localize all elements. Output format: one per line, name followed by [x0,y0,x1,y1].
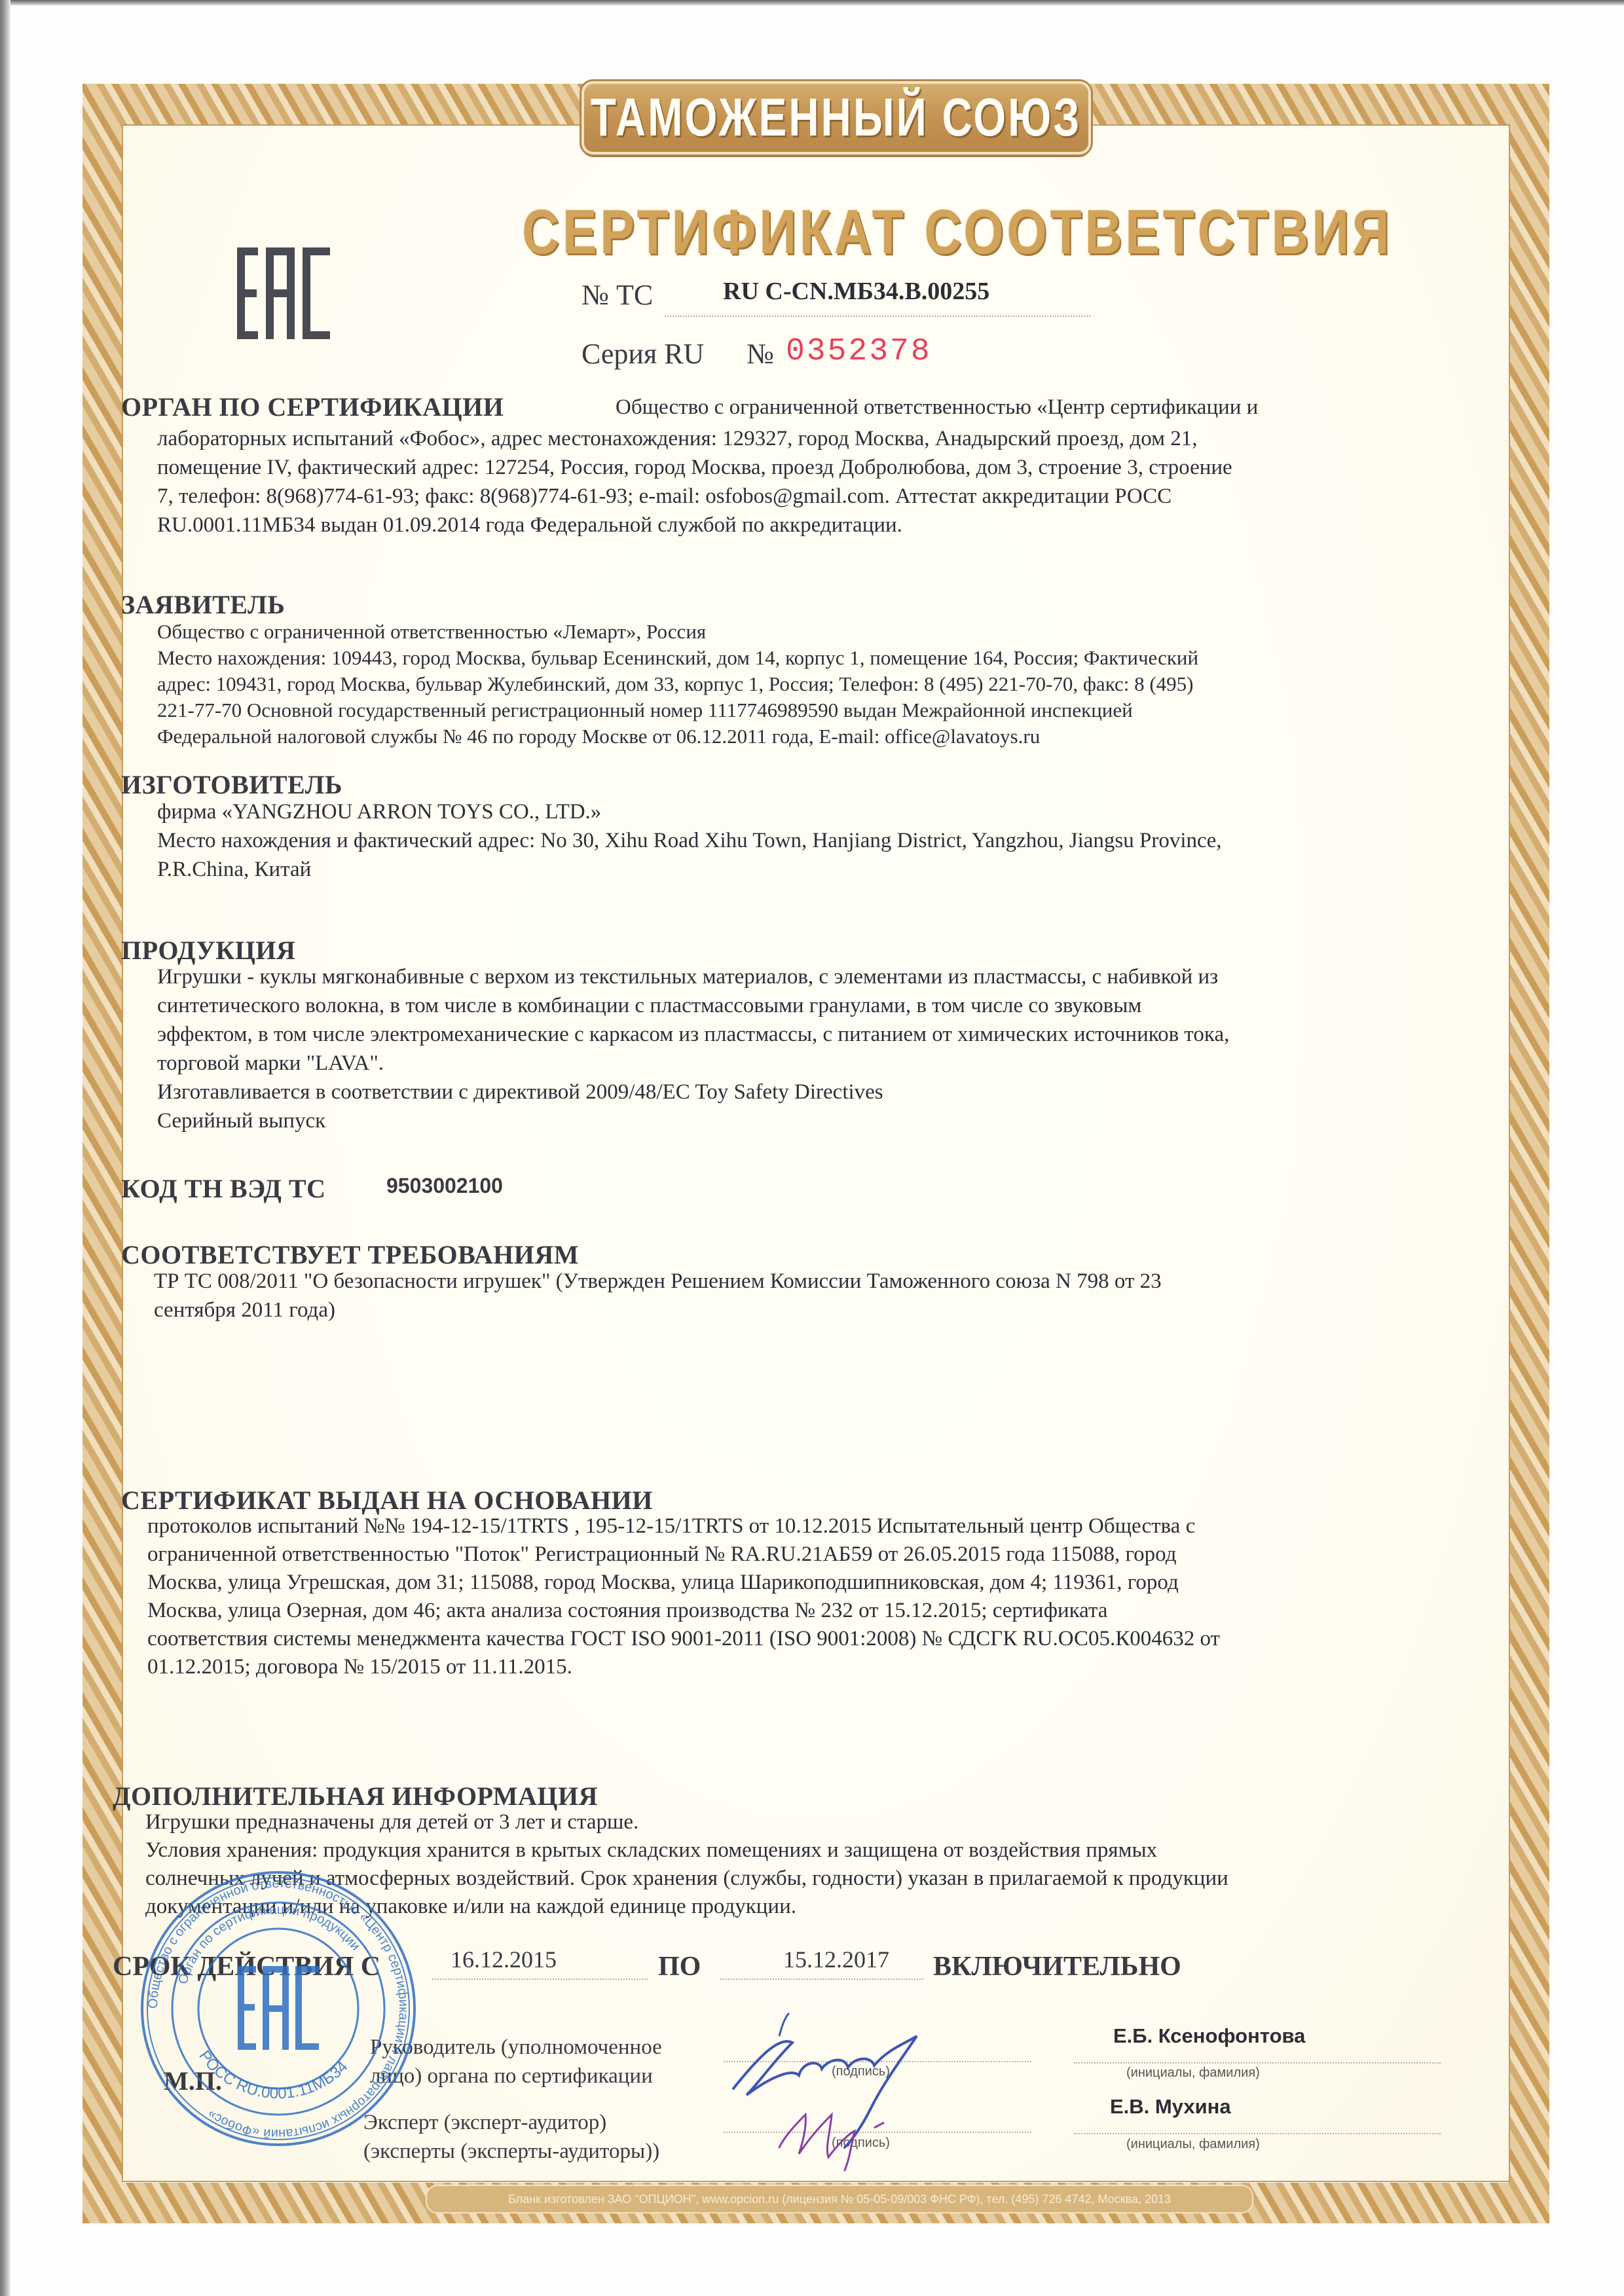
tn-ved-code: 9503002100 [386,1174,503,1198]
text-line: сентября 2011 года) [154,1296,1490,1324]
cert-number-label: № ТС [581,278,653,312]
certification-body-text: лабораторных испытаний «Фобос», адрес ме… [157,424,1493,539]
head-name-line [1074,2062,1441,2064]
text-line: соответствия системы менеджмента качеств… [147,1625,1496,1653]
expert-signature-icon [760,2082,930,2174]
manufacturer-heading: ИЗГОТОВИТЕЛЬ [121,769,342,800]
certification-stamp-icon: Общество с ограниченной ответственностью… [134,1865,422,2153]
text-line: 7, телефон: 8(968)774-61-93; факс: 8(968… [157,482,1493,511]
product-text: Игрушки - куклы мягконабивные с верхом и… [157,962,1493,1135]
series-number: 0352378 [786,334,932,369]
text-line: Москва, улица Озерная, дом 46; акта анал… [147,1597,1496,1625]
head-name: Е.Б. Ксенофонтова [1113,2024,1305,2048]
printer-note: Бланк изготовлен ЗАО "ОПЦИОН", www.opcio… [508,2193,1171,2206]
text-line: Место нахождения: 109443, город Москва, … [157,645,1493,671]
applicant-text: Общество с ограниченной ответственностью… [157,619,1493,750]
text-line: Игрушки предназначены для детей от 3 лет… [145,1808,1494,1836]
validity-from-date: 16.12.2015 [451,1946,557,1973]
certification-body-line-0: Общество с ограниченной ответственностью… [616,393,1258,422]
product-heading: ПРОДУКЦИЯ [121,935,295,966]
text-line: адрес: 109431, город Москва, бульвар Жул… [157,671,1493,697]
text-line: Общество с ограниченной ответственностью… [616,393,1258,422]
text-line: эффектом, в том числе электромеханически… [157,1020,1493,1049]
requirements-heading: СООТВЕТСТВУЕТ ТРЕБОВАНИЯМ [121,1239,579,1270]
text-line: помещение IV, фактический адрес: 127254,… [157,453,1493,482]
requirements-text: ТР ТС 008/2011 "О безопасности игрушек" … [154,1267,1490,1324]
scan-edge-top [0,0,1624,5]
text-line: синтетического волокна, в том числе в ко… [157,991,1493,1020]
applicant-heading: ЗАЯВИТЕЛЬ [121,589,285,620]
expert-name-line [1074,2133,1441,2134]
text-line: Серийный выпуск [157,1106,1493,1135]
additional-info-heading: ДОПОЛНИТЕЛЬНАЯ ИНФОРМАЦИЯ [113,1781,598,1812]
svg-text:РОСС RU.0001.11МБ34: РОСС RU.0001.11МБ34 [195,2047,351,2102]
validity-to-date: 15.12.2017 [783,1946,889,1973]
basis-heading: СЕРТИФИКАТ ВЫДАН НА ОСНОВАНИИ [121,1485,653,1516]
printer-note-strip: Бланк изготовлен ЗАО "ОПЦИОН", www.opcio… [426,2185,1253,2214]
text-line: фирма «YANGZHOU ARRON TOYS CO., LTD.» [157,797,1493,826]
expert-name: Е.В. Мухина [1110,2095,1231,2119]
validity-to-label: ПО [658,1951,701,1982]
customs-union-text: ТАМОЖЕННЫЙ СОЮЗ [591,87,1082,149]
text-line: P.R.China, Китай [157,855,1493,884]
text-line: протоколов испытаний №№ 194-12-15/1TRTS … [147,1512,1496,1540]
text-line: торговой марки "LAVA". [157,1049,1493,1078]
validity-inclusive-label: ВКЛЮЧИТЕЛЬНО [933,1951,1181,1982]
customs-union-banner: ТАМОЖЕННЫЙ СОЮЗ [581,81,1091,155]
text-line: ограниченной ответственностью "Поток" Ре… [147,1540,1496,1569]
text-line: Место нахождения и фактический адрес: No… [157,826,1493,855]
cert-number: RU C-CN.МБ34.В.00255 [723,277,989,306]
text-line: 01.12.2015; договора № 15/2015 от 11.11.… [147,1653,1496,1681]
text-line: 221-77-70 Основной государственный регис… [157,697,1493,723]
text-line: Игрушки - куклы мягконабивные с верхом и… [157,962,1493,991]
scan-edge-left [0,0,10,2296]
text-line: Общество с ограниченной ответственностью… [157,619,1493,645]
certificate-title: СЕРТИФИКАТ СООТВЕТСТВИЯ [522,196,1102,268]
validity-to-underline [720,1978,923,1980]
text-line: RU.0001.11МБ34 выдан 01.09.2014 года Фед… [157,511,1493,539]
eac-logo-icon [237,247,330,339]
manufacturer-text: фирма «YANGZHOU ARRON TOYS CO., LTD.» Ме… [157,797,1493,884]
text-line: Изготавливается в соответствии с директи… [157,1078,1493,1106]
head-name-caption: (инициалы, фамилия) [1126,2066,1260,2081]
text-line: Условия хранения: продукция хранится в к… [145,1836,1494,1865]
expert-name-caption: (инициалы, фамилия) [1126,2137,1260,2152]
series-label: Серия RU [581,337,704,371]
eac-mark-icon [237,247,330,339]
cert-number-underline [665,316,1090,317]
basis-text: протоколов испытаний №№ 194-12-15/1TRTS … [147,1512,1496,1681]
text-line: Федеральной налоговой службы № 46 по гор… [157,723,1493,750]
validity-from-underline [432,1978,648,1980]
text-line: Москва, улица Угрешская, дом 31; 115088,… [147,1569,1496,1597]
text-line: лабораторных испытаний «Фобос», адрес ме… [157,424,1493,453]
tn-ved-heading: КОД ТН ВЭД ТС [121,1173,325,1204]
series-number-label: № [747,337,774,371]
certification-body-heading: ОРГАН ПО СЕРТИФИКАЦИИ [121,392,504,422]
text-line: ТР ТС 008/2011 "О безопасности игрушек" … [154,1267,1490,1296]
